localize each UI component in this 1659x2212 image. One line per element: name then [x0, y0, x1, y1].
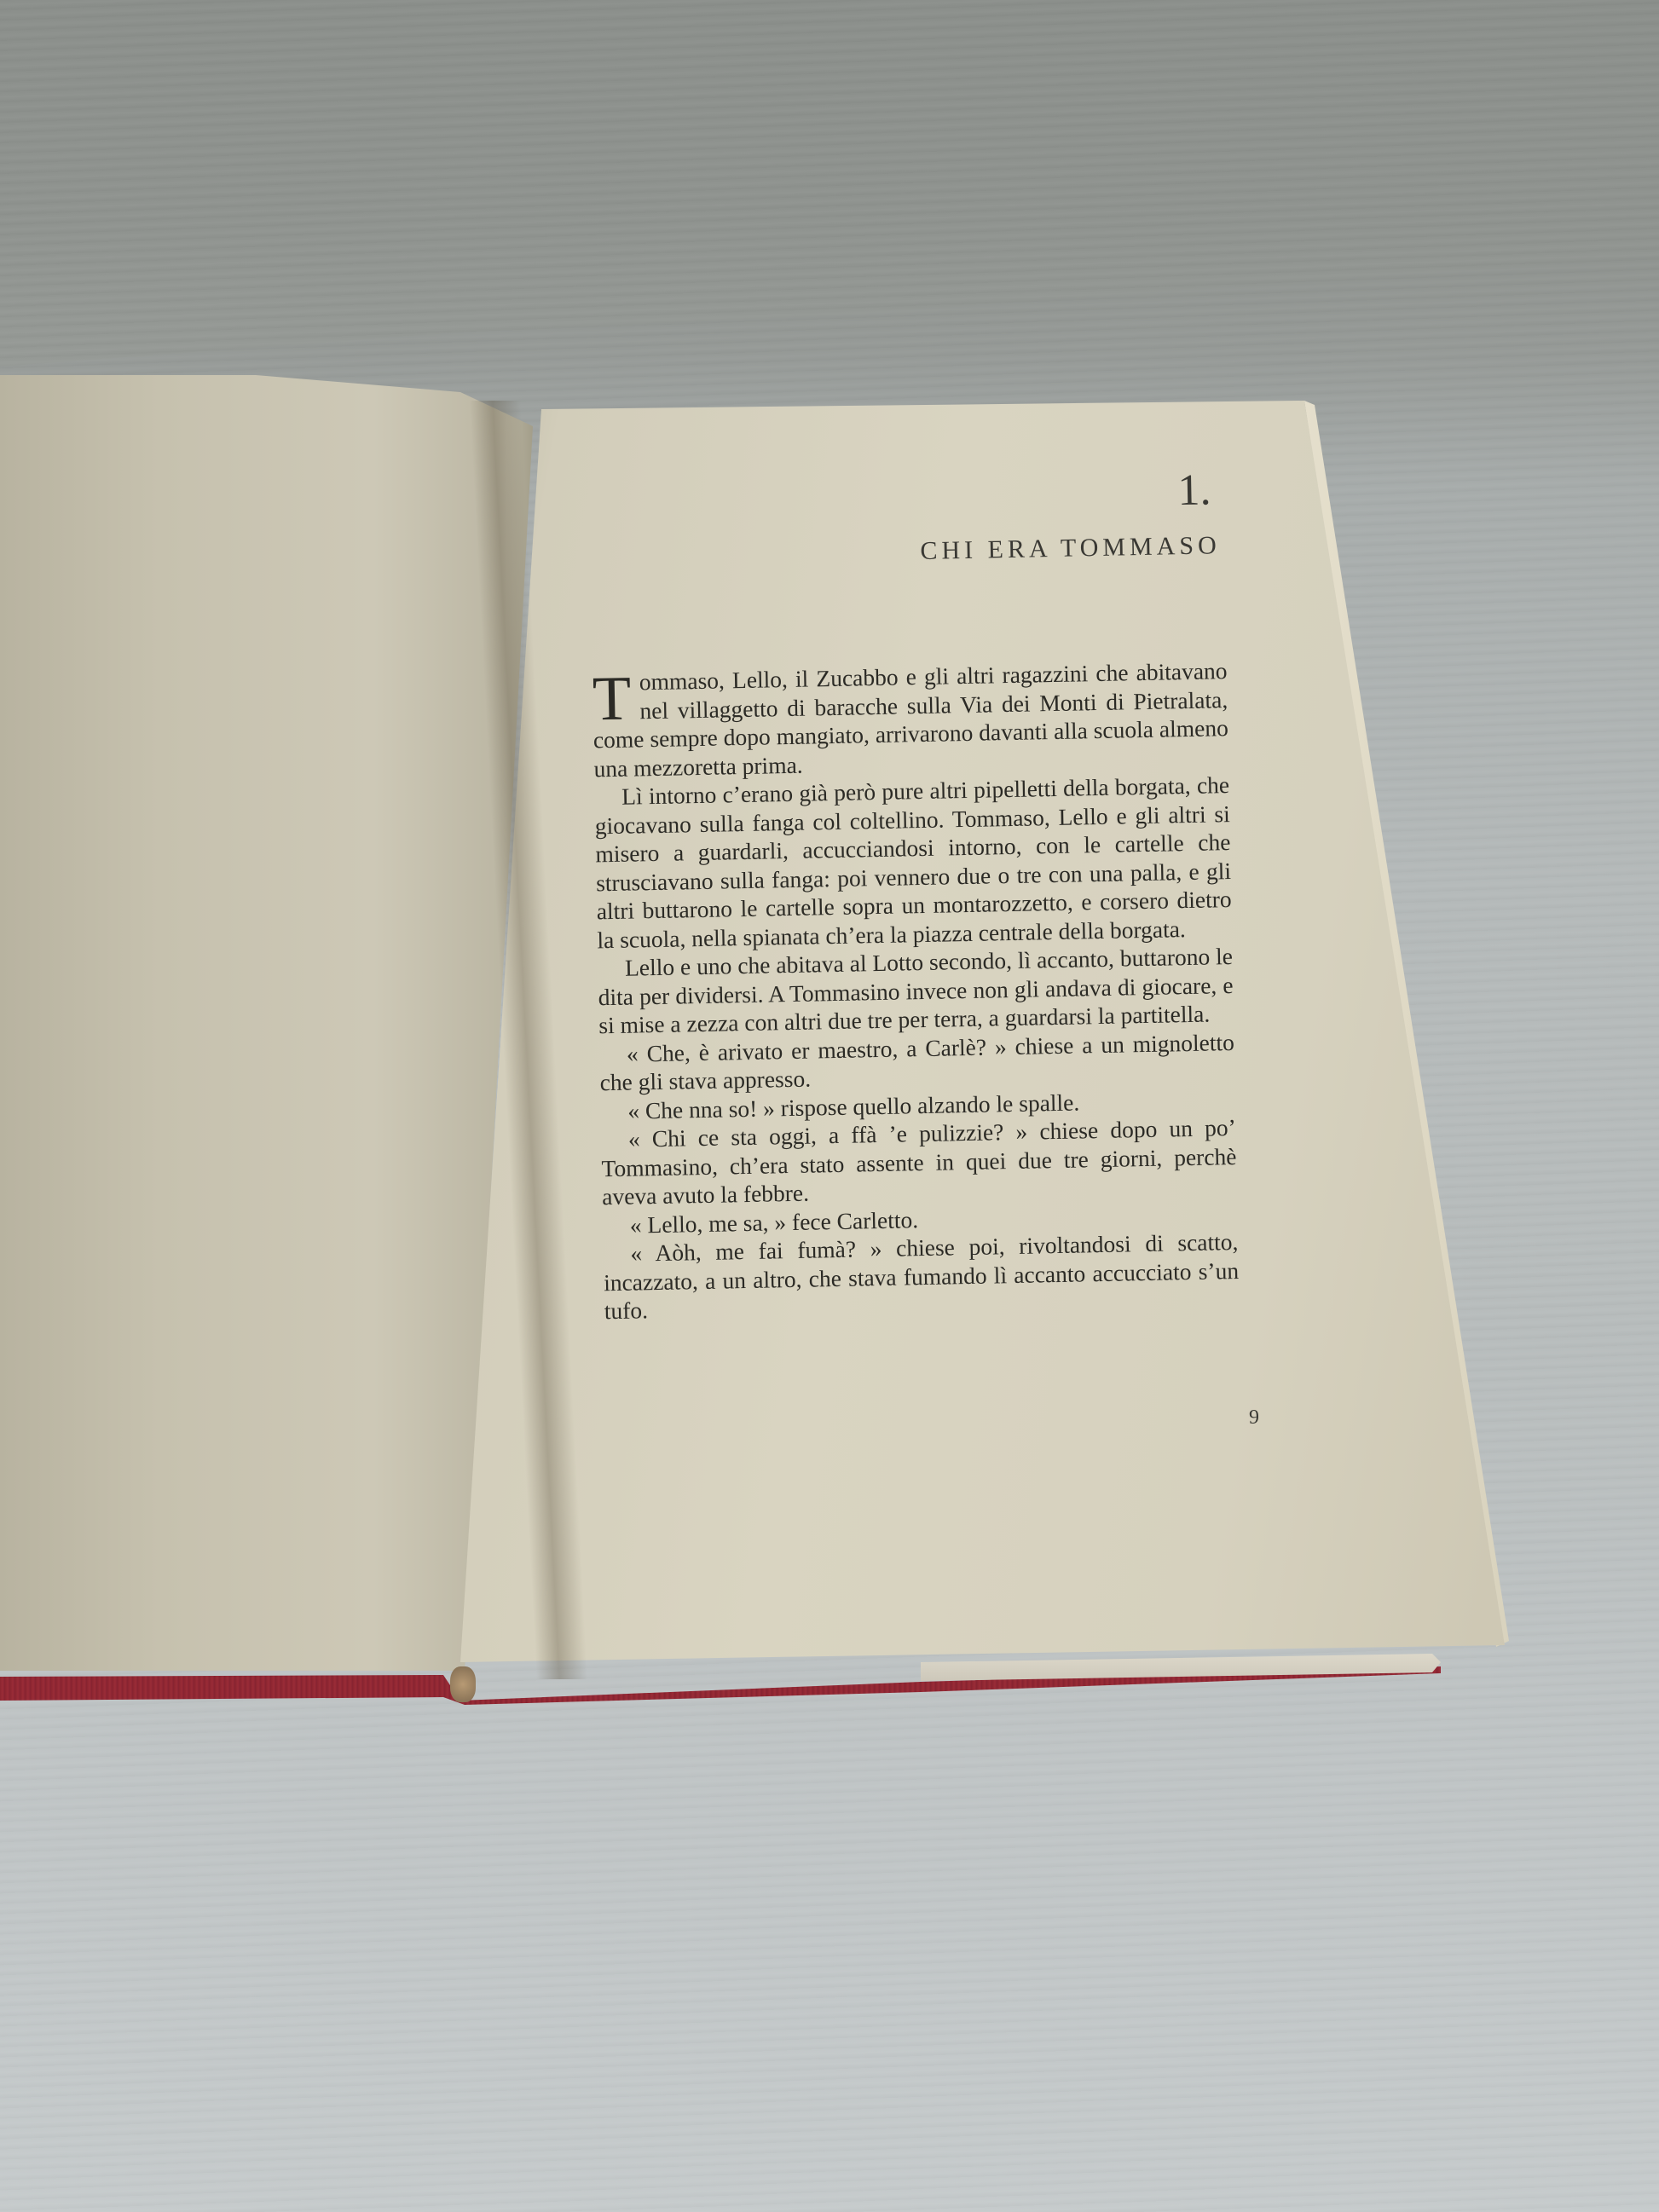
background-wall	[0, 0, 1659, 367]
paragraph: Lello e uno che abitava al Lotto secondo…	[598, 942, 1234, 1040]
book-headband	[450, 1666, 476, 1702]
page-number: 9	[1249, 1406, 1259, 1429]
chapter-number: 1.	[1177, 465, 1211, 516]
paragraph: « Aòh, me fai fumà? » chiese poi, rivolt…	[603, 1227, 1240, 1325]
paragraph: « Chi ce sta oggi, a ffà ’e pulizzie? » …	[601, 1113, 1238, 1211]
chapter-body: Tommaso, Lello, il Zucabbo e gli altri r…	[592, 656, 1240, 1325]
chapter-title: CHI ERA TOMMASO	[920, 531, 1221, 566]
left-page-blank	[0, 375, 533, 1671]
drop-cap: T	[592, 673, 631, 725]
paragraph: Tommaso, Lello, il Zucabbo e gli altri r…	[592, 656, 1228, 783]
paragraph: Lì intorno c’erano già però pure altri p…	[594, 771, 1233, 954]
